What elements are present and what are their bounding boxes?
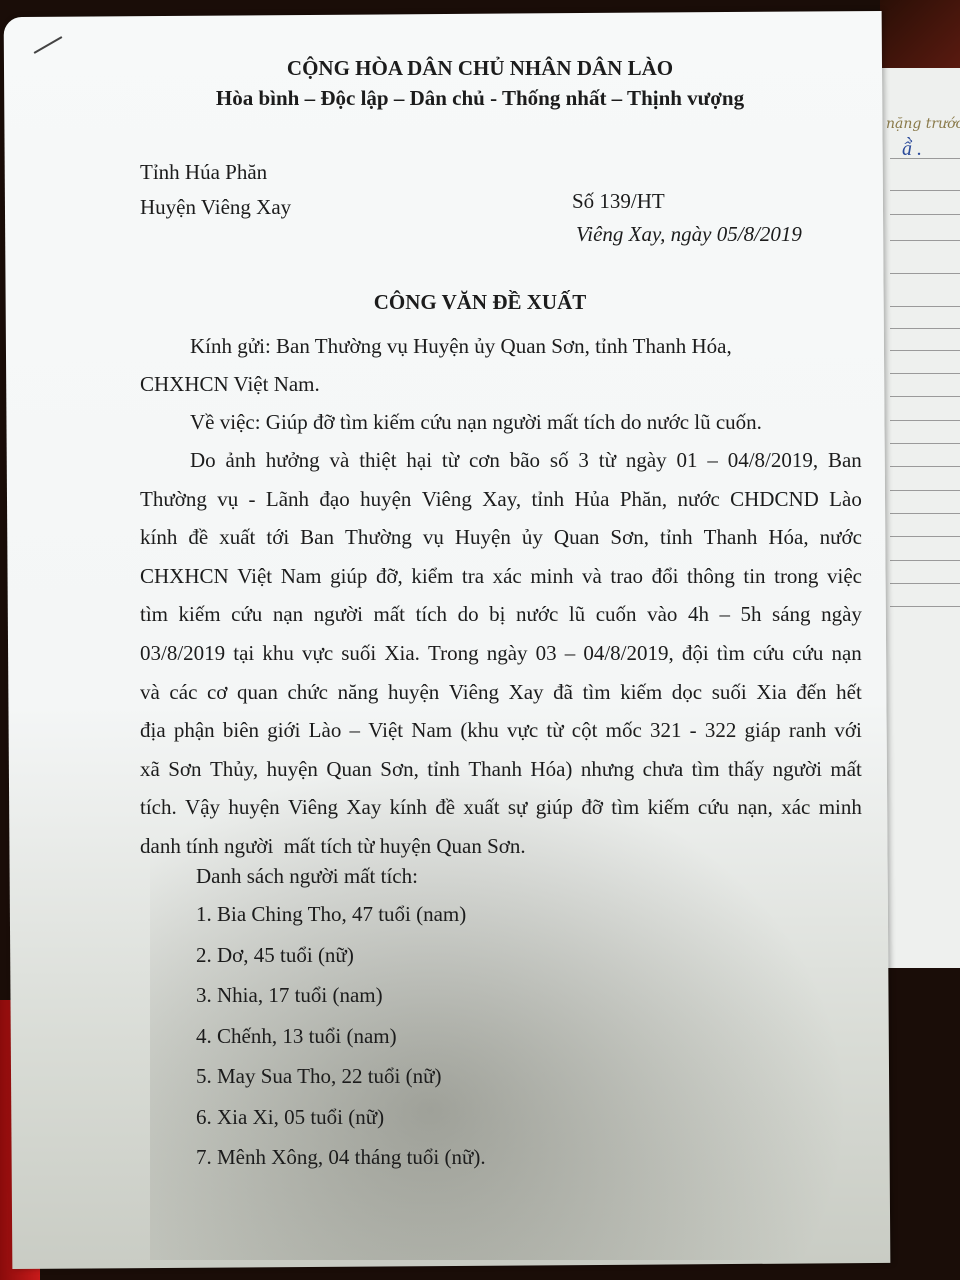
body-line: vàcáccơquanchứcnănghuyệnViêngXayđãtìmkiế… [140,680,862,705]
body-line: CHXHCNViệtNamgiúpđỡ,kiểmtraxácminhvàtrao… [140,564,862,589]
missing-list-title: Danh sách người mất tích: [196,864,418,889]
body-line: Thườngvụ-LãnhđạohuyệnViêngXay,tỉnhHủaPhă… [140,487,862,512]
missing-person-item: 5. May Sua Tho, 22 tuổi (nữ) [196,1064,441,1089]
body-line: danh tính người mất tích từ huyện Quan S… [140,834,862,859]
document-title: CÔNG VĂN ĐỀ XUẤT [0,290,960,315]
document-number: Số 139/HT [572,189,665,214]
body-line: 03/8/2019tạikhuvựcsuốiXia.Trongngày03–04… [140,641,862,666]
body-line: kínhđềxuấttớiBanThườngvụHuyệnủyQuanSơn,t… [140,525,862,550]
missing-person-item: 4. Chếnh, 13 tuổi (nam) [196,1024,397,1049]
place-date: Viêng Xay, ngày 05/8/2019 [576,222,802,247]
recipient-line-2: CHXHCN Việt Nam. [140,372,320,397]
motto: Hòa bình – Độc lập – Dân chủ - Thống nhấ… [0,86,960,111]
issuer-province: Tỉnh Húa Phăn [140,160,267,185]
subject-line: Về việc: Giúp đỡ tìm kiếm cứu nạn người … [190,410,762,435]
body-line: Doảnhhưởngvàthiệthạitừcơnbãosố3từngày01–… [190,448,862,473]
body-line: địaphậnbiêngiớiLào–ViệtNam(khuvựctừcộtmố… [140,718,862,743]
issuer-district: Huyện Viêng Xay [140,195,291,220]
missing-person-item: 2. Dơ, 45 tuổi (nữ) [196,943,354,968]
body-line: tìmkiếmcứunạnngườimấttíchdobịnướclũcuốnv… [140,602,862,627]
missing-person-item: 1. Bia Ching Tho, 47 tuổi (nam) [196,902,466,927]
body-line: xãSơnThủy,huyệnQuanSơn,tỉnhThanhHóa)nhưn… [140,757,862,782]
missing-person-item: 7. Mênh Xông, 04 tháng tuổi (nữ). [196,1145,486,1170]
recipient-line-1: Kính gửi: Ban Thường vụ Huyện ủy Quan Sơ… [190,334,862,359]
missing-person-item: 3. Nhia, 17 tuổi (nam) [196,983,383,1008]
missing-person-item: 6. Xia Xi, 05 tuổi (nữ) [196,1105,384,1130]
official-letter: CỘNG HÒA DÂN CHỦ NHÂN DÂN LÀO Hòa bình –… [0,0,960,1280]
country-header: CỘNG HÒA DÂN CHỦ NHÂN DÂN LÀO [0,56,960,81]
body-line: tích.VậyhuyệnViêngXaykínhđềxuấtsựgiúpđỡt… [140,795,862,820]
